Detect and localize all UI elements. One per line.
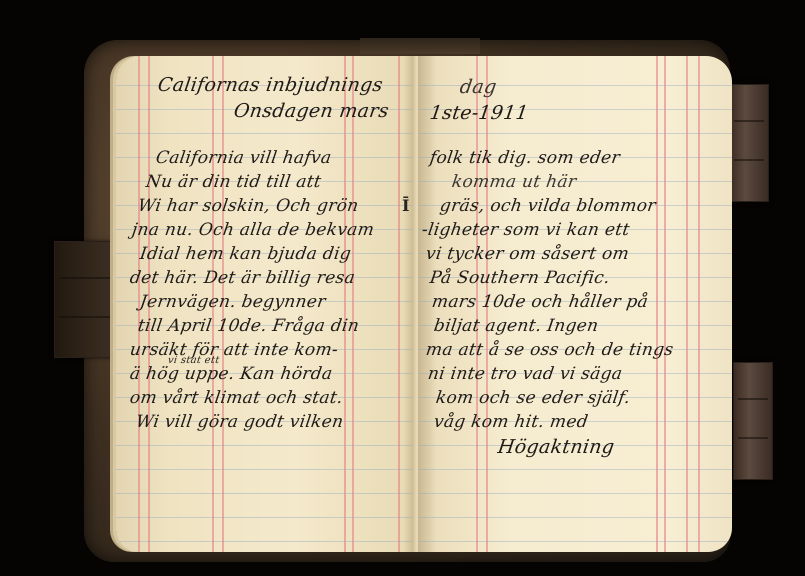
handwritten-line: ni inte tro vad vi säga xyxy=(427,364,624,384)
handwritten-line: jna nu. Och alla de bekvam xyxy=(131,220,376,240)
margin-line xyxy=(664,56,666,552)
notebook-photo: Californas inbjudnings Onsdagen mars Cal… xyxy=(0,0,805,576)
handwritten-line: våg kom hit. med xyxy=(433,412,590,432)
margin-line xyxy=(656,56,658,552)
handwritten-line: Nu är din tid till att xyxy=(145,172,323,192)
handwritten-line: folk tik dig. som eder xyxy=(429,148,622,168)
handwritten-line: På Southern Pacific. xyxy=(429,268,612,288)
right-page: dag 1ste-1911 folk tik dig. som eder kom… xyxy=(418,56,732,552)
handwritten-line: komma ut här xyxy=(451,172,578,192)
heading-line-1: Californas inbjudnings xyxy=(156,74,384,96)
handwritten-line: kom och se eder själf. xyxy=(435,388,632,408)
handwritten-line: biljat agent. Ingen xyxy=(433,316,600,336)
heading-line-1: dag xyxy=(458,76,498,98)
handwritten-line: Jernvägen. begynner xyxy=(139,292,327,312)
handwritten-line: vi tycker om såsert om xyxy=(425,244,631,264)
right-leather-tab-top xyxy=(729,84,769,202)
left-page: Californas inbjudnings Onsdagen mars Cal… xyxy=(116,56,415,552)
heading-line-2: Onsdagen mars xyxy=(232,100,390,122)
handwritten-line: Idial hem kan bjuda dig xyxy=(139,244,353,264)
handwritten-line-with-correction: ä hög uppe. Kan hörda vi stat ett xyxy=(129,364,334,384)
right-leather-tab-bottom xyxy=(733,362,773,480)
left-leather-tab xyxy=(54,241,116,358)
handwritten-line: det här. Det är billig resa xyxy=(129,268,357,288)
handwritten-line: ursäkt för att inte kom- xyxy=(129,340,340,360)
margin-mark: Ī xyxy=(402,196,409,215)
interlinear-correction: vi stat ett xyxy=(167,355,220,366)
margin-line xyxy=(398,56,400,552)
handwritten-line: mars 10de och håller på xyxy=(431,292,650,312)
signature: Högaktning xyxy=(496,436,615,458)
margin-line xyxy=(344,56,346,552)
handwritten-line: -ligheter som vi kan ett xyxy=(421,220,631,240)
handwritten-line: ma att å se oss och de tings xyxy=(425,340,675,360)
handwritten-line: Wi vill göra godt vilken xyxy=(135,412,345,432)
margin-line xyxy=(686,56,688,552)
margin-line xyxy=(698,56,700,552)
handwritten-line: om vårt klimat och stat. xyxy=(129,388,345,408)
heading-line-2: 1ste-1911 xyxy=(428,102,529,124)
handwritten-text: ä hög uppe. Kan hörda xyxy=(129,364,334,384)
cover-spine xyxy=(360,38,480,54)
handwritten-line: gräs, och vilda blommor xyxy=(439,196,658,216)
handwritten-line: California vill hafva xyxy=(155,148,333,168)
handwritten-line: till April 10de. Fråga din xyxy=(137,316,361,336)
handwritten-line: Wi har solskin, Och grön xyxy=(137,196,360,216)
margin-line xyxy=(352,56,354,552)
